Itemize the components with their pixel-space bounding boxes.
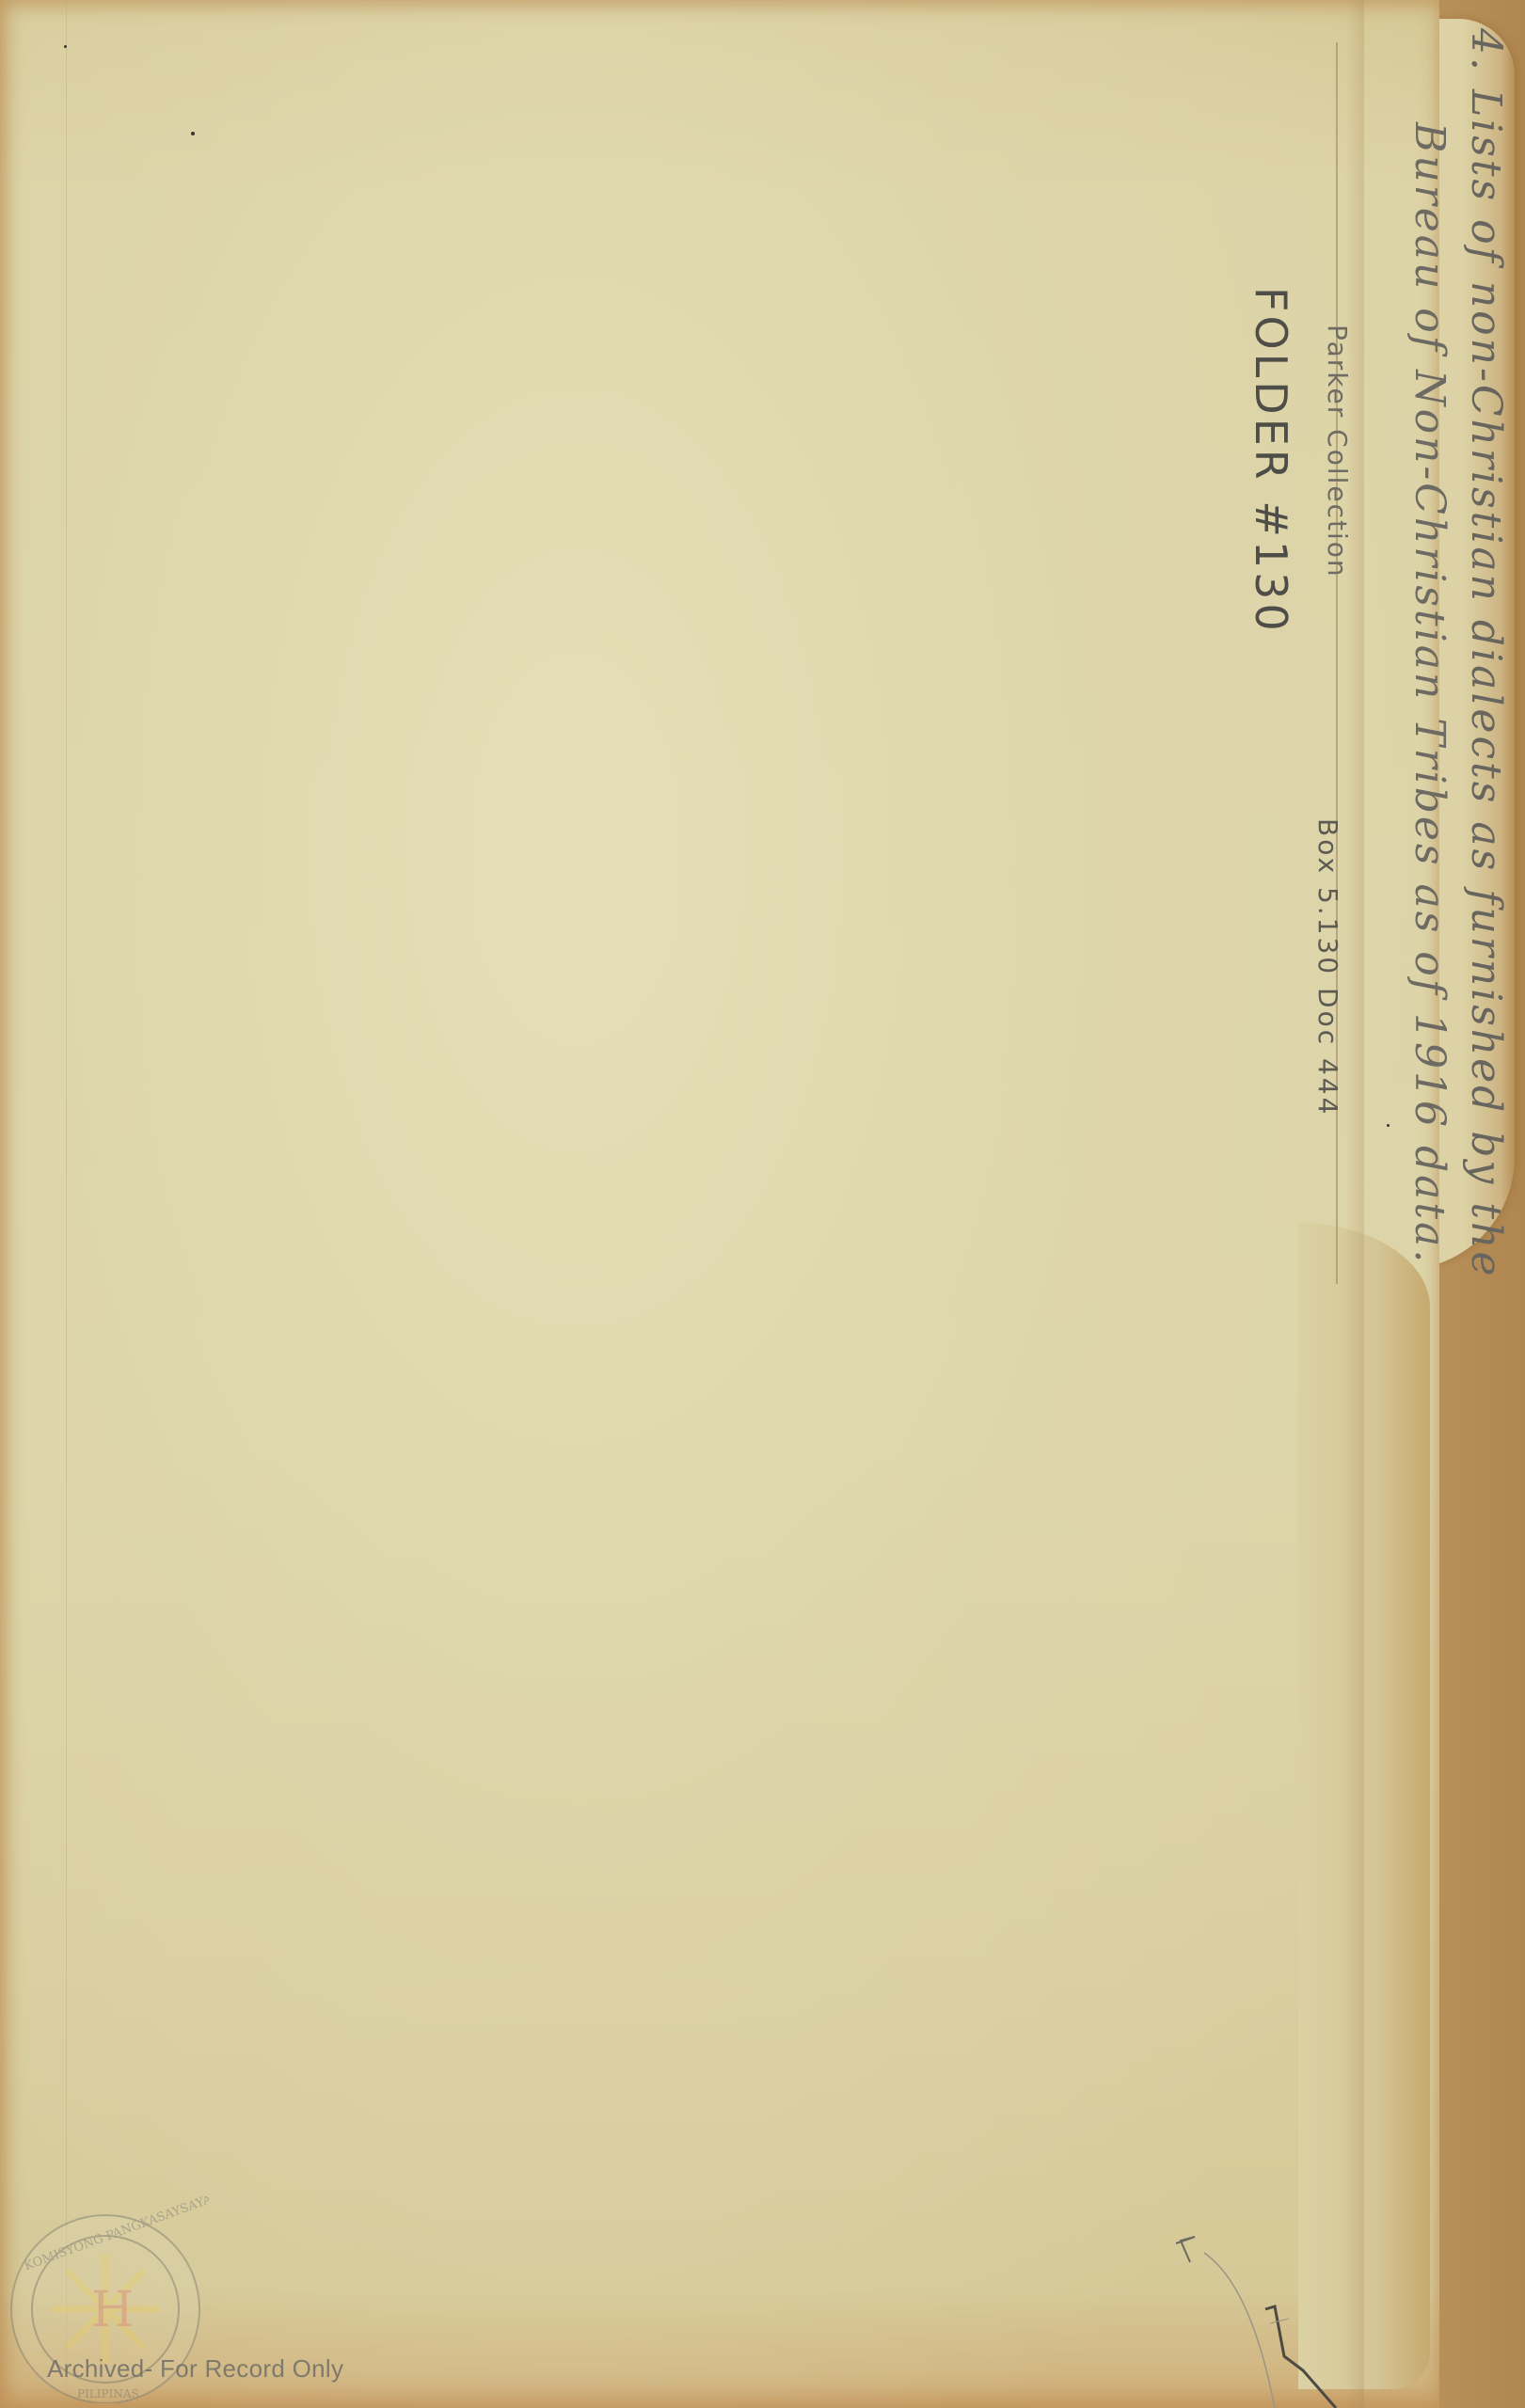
tab-label-line-2: Bureau of Non-Christian Tribes as of 191… — [1406, 122, 1454, 1265]
pencil-scribble-mark — [1148, 2220, 1355, 2408]
folder-front-panel — [0, 0, 1439, 2408]
archive-watermark-notice: Archived- For Record Only — [47, 2354, 343, 2384]
svg-text:H: H — [91, 2282, 134, 2338]
ink-speck — [1387, 1124, 1390, 1127]
box-document-reference: Box 5.130 Doc 444 — [1312, 818, 1343, 1117]
folder-score-line — [66, 0, 67, 2408]
tab-label-line-1: 4. Lists of non-Christian dialects as fu… — [1462, 28, 1510, 1278]
svg-text:PILIPINAS: PILIPINAS — [77, 2387, 139, 2400]
collection-label: Parker Collection — [1322, 325, 1353, 578]
ink-speck — [64, 45, 67, 48]
ink-speck — [191, 132, 195, 135]
folder-number-label: FOLDER #130 — [1246, 287, 1296, 635]
folder-front-lower-edge — [1298, 1223, 1430, 2389]
